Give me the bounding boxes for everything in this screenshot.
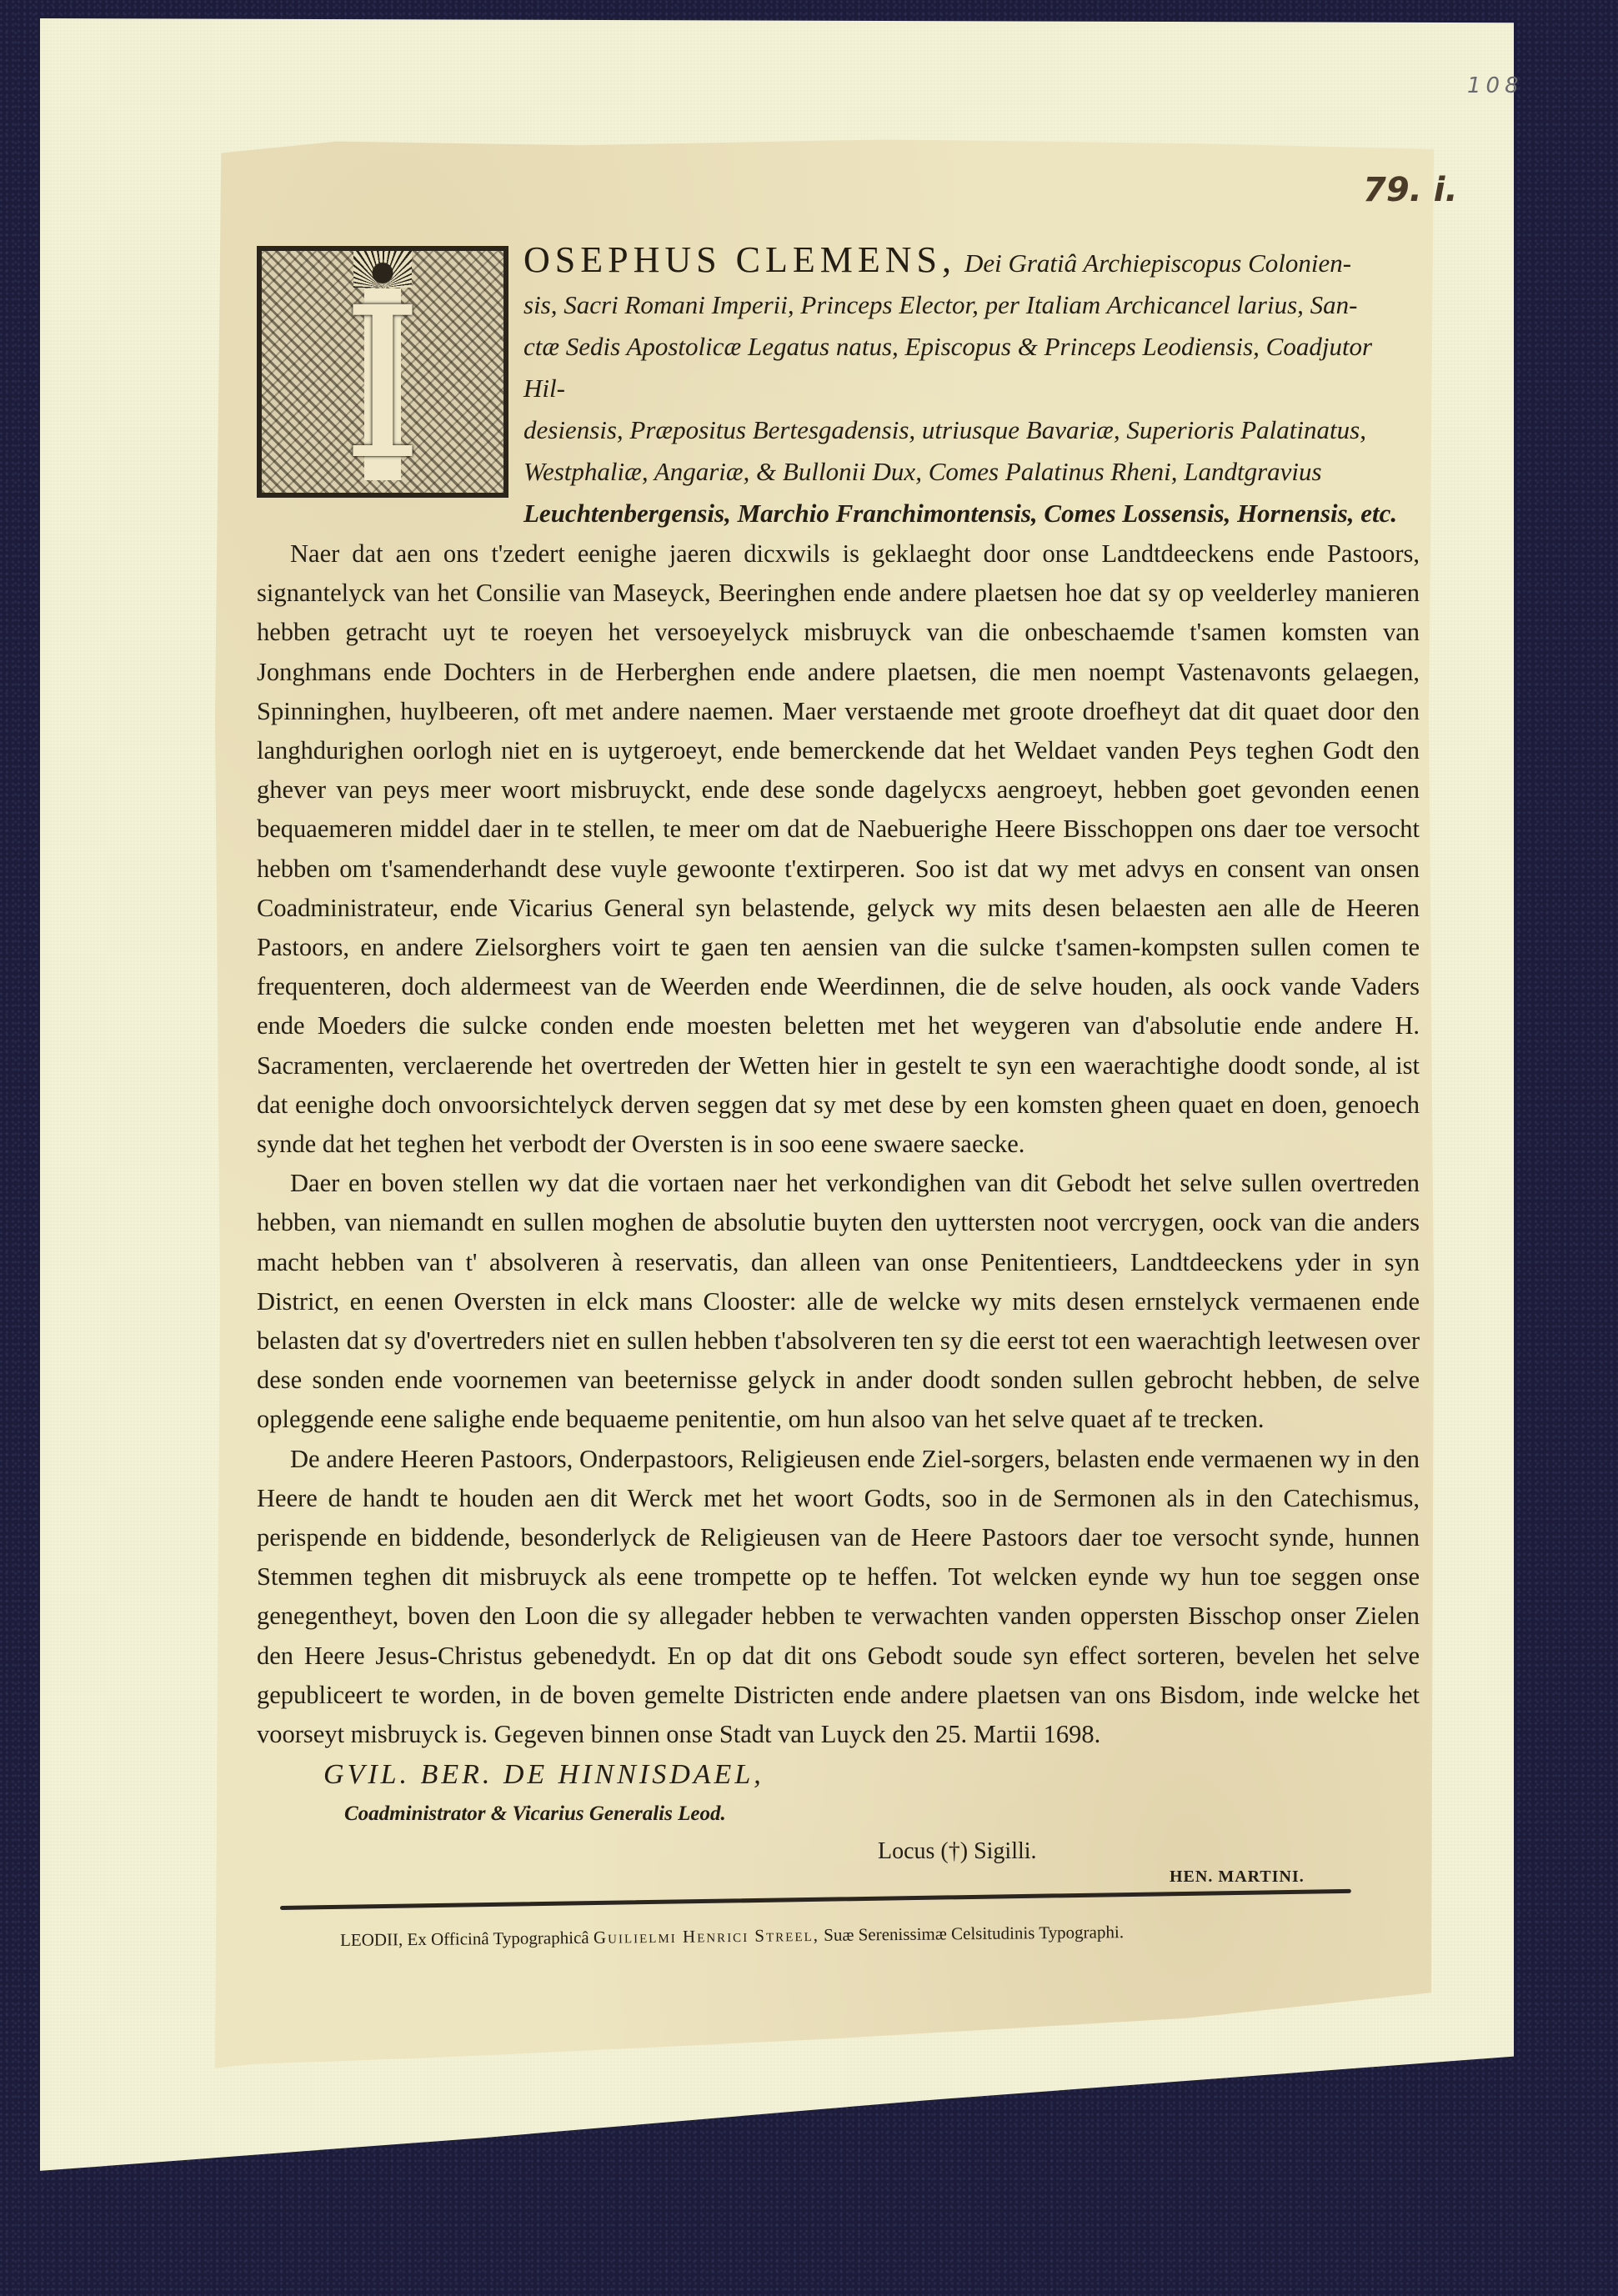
imprint-text-2: Suæ Serenissimæ Celsitudinis Typographi.	[824, 1922, 1124, 1945]
issuer-name: OSEPHUS CLEMENS,	[523, 239, 956, 280]
signatory-role: Coadministrator & Vicarius Generalis Leo…	[344, 1802, 726, 1826]
document-number-annotation: 79. i.	[1363, 171, 1458, 209]
imprint-place: LEODII,	[340, 1929, 403, 1950]
title-line-0: Dei Gratiâ Archiepiscopus Colonien-	[964, 248, 1351, 278]
divider-rule	[280, 1889, 1351, 1910]
document-body: I OSEPHUS CLEMENS, Dei Gratiâ Archiepisc…	[257, 238, 1420, 1754]
paragraph-1: Naer dat aen ons t'zedert eenighe jaeren…	[257, 534, 1420, 1164]
paragraph-3: De andere Heeren Pastoors, Onderpastoors…	[257, 1440, 1420, 1755]
printer-imprint: LEODII, Ex Officinâ Typographicâ Guiliel…	[340, 1922, 1124, 1951]
secretary-name: HEN. MARTINI.	[1170, 1867, 1305, 1887]
imprint-printer: Guilielmi Henrici Streel,	[594, 1925, 819, 1948]
signatory-name: GVIL. BER. DE HINNISDAEL,	[323, 1759, 764, 1791]
seal-placeholder: Locus (†) Sigilli.	[878, 1838, 1037, 1865]
printed-document: I OSEPHUS CLEMENS, Dei Gratiâ Archiepisc…	[215, 138, 1434, 2070]
decorated-initial: I	[257, 246, 508, 498]
initial-letter: I	[341, 288, 424, 480]
paragraph-2: Daer en boven stellen wy dat die vortaen…	[257, 1164, 1420, 1439]
imprint-text-1: Ex Officinâ Typographicâ	[407, 1928, 589, 1949]
title-line-5: Leuchtenbergensis, Marchio Franchimonten…	[257, 493, 1420, 534]
archive-number-annotation: 108	[1467, 73, 1524, 98]
